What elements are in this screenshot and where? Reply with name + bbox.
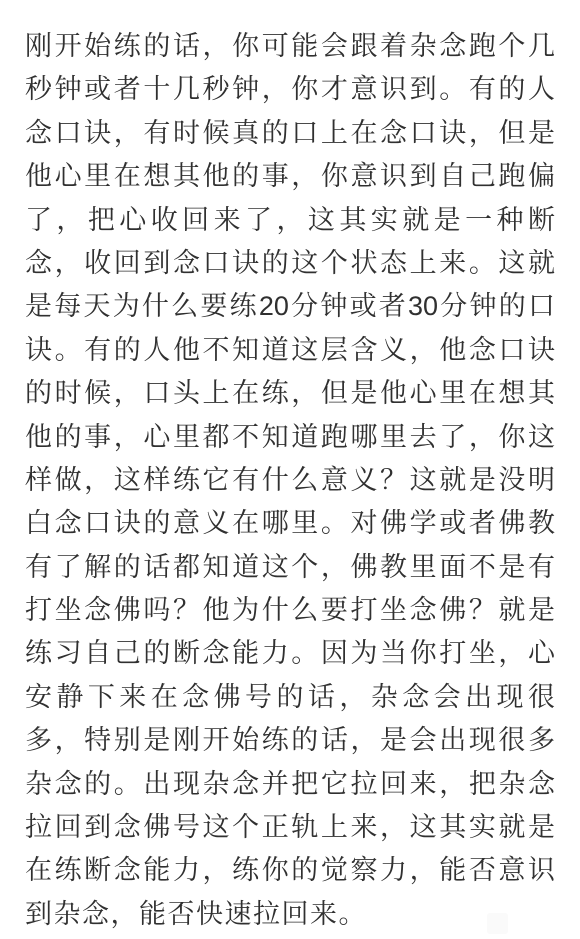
text-line: 到杂念，能否快速拉回来。 — [25, 893, 555, 936]
text-line: 是每天为什么要练20分钟或者30分钟的口 — [25, 285, 555, 328]
text-line: 多，特别是刚开始练的话，是会出现很多 — [25, 719, 555, 762]
text-line: 样做，这样练它有什么意义？这就是没明 — [25, 459, 555, 502]
text-line: 他心里在想其他的事，你意识到自己跑偏 — [25, 155, 555, 198]
text-line: 了，把心收回来了，这其实就是一种断 — [25, 199, 555, 242]
text-line: 练习自己的断念能力。因为当你打坐，心 — [25, 632, 555, 675]
article-page: 刚开始练的话，你可能会跟着杂念跑个几 秒钟或者十几秒钟，你才意识到。有的人 念口… — [0, 0, 580, 939]
text-line: 刚开始练的话，你可能会跟着杂念跑个几 — [25, 25, 555, 68]
text-line: 的时候，口头上在练，但是他心里在想其 — [25, 372, 555, 415]
text-line: 杂念的。出现杂念并把它拉回来，把杂念 — [25, 763, 555, 806]
text-line: 秒钟或者十几秒钟，你才意识到。有的人 — [25, 68, 555, 111]
text-line: 有了解的话都知道这个，佛教里面不是有 — [25, 546, 555, 589]
text-line: 念，收回到念口诀的这个状态上来。这就 — [25, 242, 555, 285]
text-line: 诀。有的人他不知道这层含义，他念口诀 — [25, 329, 555, 372]
text-line: 念口诀，有时候真的口上在念口诀，但是 — [25, 112, 555, 155]
text-line: 安静下来在念佛号的话，杂念会出现很 — [25, 676, 555, 719]
watermark-smudge — [487, 913, 508, 934]
text-line: 在练断念能力，练你的觉察力，能否意识 — [25, 849, 555, 892]
text-line: 白念口诀的意义在哪里。对佛学或者佛教 — [25, 502, 555, 545]
article-text: 刚开始练的话，你可能会跟着杂念跑个几 秒钟或者十几秒钟，你才意识到。有的人 念口… — [0, 0, 580, 936]
text-line: 打坐念佛吗？他为什么要打坐念佛？就是 — [25, 589, 555, 632]
text-line: 他的事，心里都不知道跑哪里去了，你这 — [25, 416, 555, 459]
text-line: 拉回到念佛号这个正轨上来，这其实就是 — [25, 806, 555, 849]
